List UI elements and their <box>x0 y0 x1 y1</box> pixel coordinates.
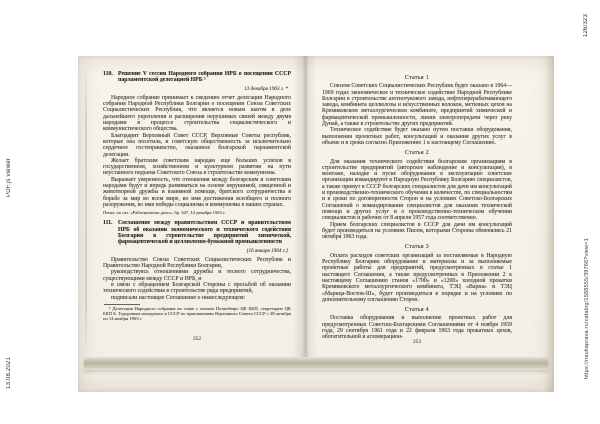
footnote-text: ¹ Делегация Народного собрания во главе … <box>103 306 291 321</box>
left-page-edge <box>85 62 87 358</box>
book-bottom-page-edges <box>84 357 548 370</box>
paragraph: Выражает уверенность, что отношения межд… <box>103 177 291 208</box>
paragraph: подписали настоящее Соглашение о нижесле… <box>103 295 291 301</box>
article-2-heading: Статья 2 <box>322 150 512 156</box>
print-date-label: 13.08.2021 <box>6 357 12 389</box>
doc-110-title: Решение V сессии Народного собрания НРБ … <box>118 71 291 84</box>
footnote-rule <box>104 304 140 305</box>
viewer-title-label: PDF.js viewer <box>6 158 12 197</box>
doc-110-date: 13 декабря 1963 г. * <box>103 86 288 92</box>
paragraph: Народное собрание принимает к сведению о… <box>103 95 291 133</box>
right-photo-edge <box>544 56 554 392</box>
paragraph: Оплата расходов советских организаций за… <box>322 253 512 303</box>
page-indicator-label: 126/323 <box>583 14 589 37</box>
paragraph: руководствуясь отношениями дружбы и тесн… <box>103 269 291 282</box>
doc-110-source-note: Печат. по газ. «Работническо дело», бр. … <box>103 210 238 215</box>
doc-110-heading: 110. Решение V сессии Народного собрания… <box>103 71 291 84</box>
paragraph: в связи с обращением Болгарской Стороны … <box>103 282 291 295</box>
article-3-heading: Статья 3 <box>322 244 512 250</box>
right-page-number: 253 <box>322 339 512 345</box>
source-url-label: https://naukaprava.ru/catalog/1588555/39… <box>584 238 590 379</box>
doc-111-date: [16 января 1964 г.] <box>103 248 288 254</box>
doc-111-heading: 111. Соглашение между правительством ССС… <box>103 220 291 245</box>
paragraph: Поставка оборудования и выполнение проек… <box>322 315 512 340</box>
paragraph: Желает братским советским народам еще бо… <box>103 158 291 177</box>
paragraph: Прием болгарских специалистов в СССР для… <box>322 222 512 241</box>
left-page-text: 110. Решение V сессии Народного собрания… <box>103 71 291 345</box>
right-page-text: Статья 1 Союзом Советских Социалистическ… <box>322 71 512 345</box>
paragraph: Техническое содействие будет оказано пут… <box>322 127 512 146</box>
paragraph: Союзом Советских Социалистических Респуб… <box>322 83 512 127</box>
doc-111-title: Соглашение между правительством СССР и п… <box>118 220 291 245</box>
book-scan-photo: 110. Решение V сессии Народного собрания… <box>78 56 554 392</box>
left-page-number: 252 <box>103 336 291 342</box>
doc-110-number: 110. <box>103 71 118 84</box>
book-spine-shadow <box>293 56 317 364</box>
paragraph: Правительство Союза Советских Социалисти… <box>103 257 291 270</box>
paragraph: Благодарит Верховный Совет СССР, Верховн… <box>103 133 291 158</box>
article-1-heading: Статья 1 <box>322 75 512 81</box>
article-4-heading: Статья 4 <box>322 307 512 313</box>
paragraph: Для оказания технического содействия бол… <box>322 159 512 222</box>
doc-111-number: 111. <box>103 220 118 245</box>
